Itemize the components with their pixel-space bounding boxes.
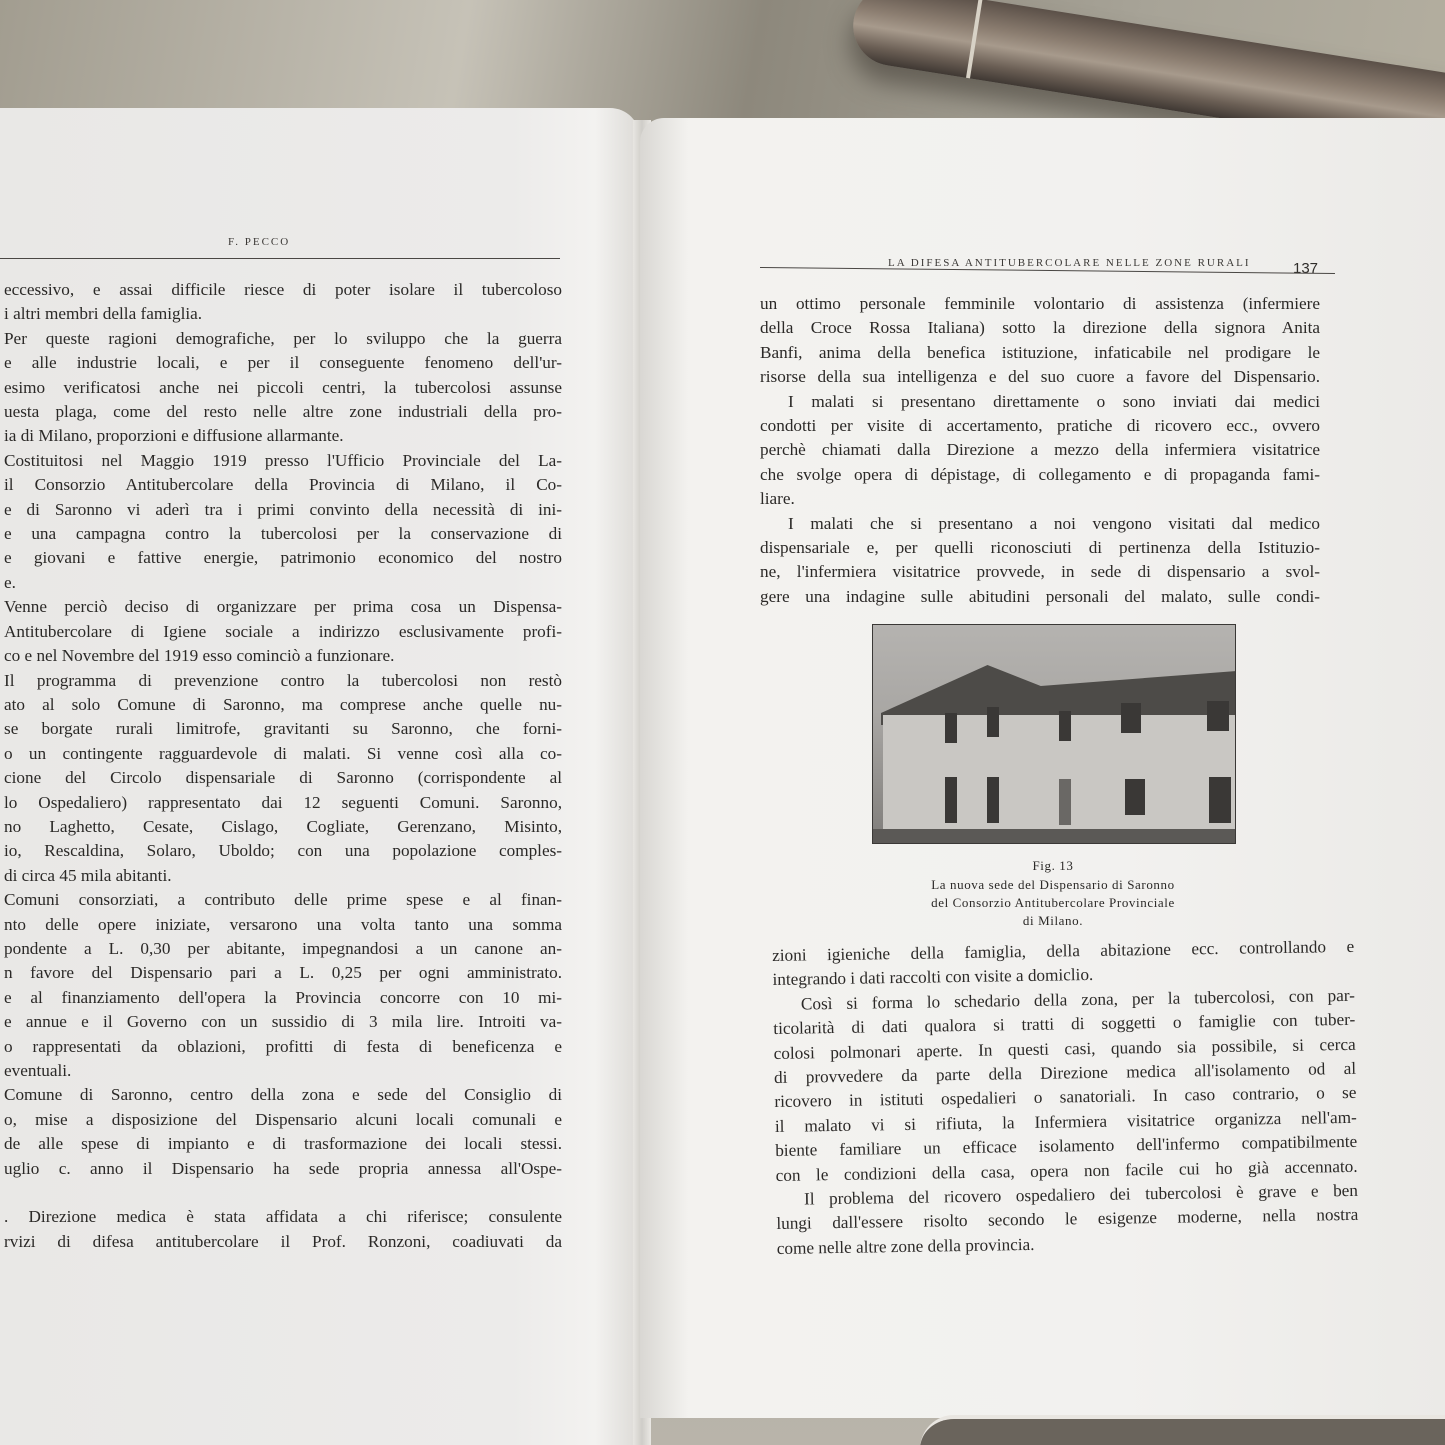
figure-caption-line: La nuova sede del Dispensario di Saronno [872,876,1234,893]
text-line: se borgate rurali limitrofe, gravitanti … [4,717,562,741]
text-line: nto delle opere iniziate, versarono una … [4,913,562,937]
text-line: e annue e il Governo con un sussidio di … [4,1010,562,1034]
text-line: de alle spese di impianto e di trasforma… [4,1132,562,1156]
metal-ring [966,0,982,78]
text-line: che svolge opera di dépistage, di colleg… [760,463,1320,487]
text-line: ne, l'infermiera visitatrice provvede, i… [760,560,1320,584]
text-line: co e nel Novembre del 1919 esso cominciò… [4,644,562,668]
text-line: esimo verificatosi anche nei piccoli cen… [4,376,562,400]
text-line: no Laghetto, Cesate, Cislago, Cogliate, … [4,815,562,839]
left-running-head: F. PECCO [228,236,290,248]
photo-window [1125,779,1145,815]
text-line: n favore del Dispensario pari a L. 0,25 … [4,961,562,985]
photo-window [945,713,957,743]
text-line: ia di Milano, proporzioni e diffusione a… [4,424,562,448]
text-line: io, Rescaldina, Solaro, Uboldo; con una … [4,839,562,863]
text-line: Venne perciò deciso di organizzare per p… [4,595,562,619]
text-line: e alle industrie locali, e per il conseg… [4,351,562,375]
text-line: eventuali. [4,1059,562,1083]
left-body-text: eccessivo, e assai difficile riesce di p… [4,278,562,1254]
right-body-text-bottom: zioni igieniche della famiglia, della ab… [772,935,1359,1261]
text-line: il Consorzio Antitubercolare della Provi… [4,473,562,497]
photo-window [1121,703,1141,733]
text-line: risorse della sua intelligenza e del suo… [760,365,1320,389]
text-line: e di Saronno vi aderì tra i primi convin… [4,498,562,522]
right-body-text-top: un ottimo personale femminile volontario… [760,292,1320,609]
photo-door [1059,779,1071,825]
right-running-head: LA DIFESA ANTITUBERCOLARE NELLE ZONE RUR… [888,257,1251,269]
text-line: cione del Circolo dispensariale di Saron… [4,766,562,790]
text-line: Il programma di prevenzione contro la tu… [4,669,562,693]
text-line: un ottimo personale femminile volontario… [760,292,1320,316]
text-line [4,1181,562,1205]
text-line: o rappresentati da oblazioni, profitti d… [4,1035,562,1059]
text-line: della Croce Rossa Italiana) sotto la dir… [760,316,1320,340]
text-line: Comuni consorziati, a contributo delle p… [4,888,562,912]
text-line: e al finanziamento dell'opera la Provinc… [4,986,562,1010]
text-line: . Direzione medica è stata affidata a ch… [4,1205,562,1229]
text-line: rvizi di difesa antitubercolare il Prof.… [4,1230,562,1254]
photo-ground [873,829,1235,843]
photo-window [1059,711,1071,741]
left-header-rule [0,258,560,259]
text-line: Costituitosi nel Maggio 1919 presso l'Uf… [4,449,562,473]
photo-door [945,777,957,823]
text-line: o un contingente ragguardevole di malati… [4,742,562,766]
text-line: o, mise a disposizione del Dispensario a… [4,1108,562,1132]
text-line: gere una indagine sulle abitudini person… [760,585,1320,609]
text-line: pondente a L. 0,30 per abitante, impegna… [4,937,562,961]
text-line: I malati che si presentano a noi vengono… [760,512,1320,536]
text-line: uesta plaga, come del resto nelle altre … [4,400,562,424]
text-line: perchè chiamati dalla Direzione a mezzo … [760,438,1320,462]
text-line: e. [4,571,562,595]
text-line: Banfi, anima della benefica istituzione,… [760,341,1320,365]
photo-door [987,777,999,823]
text-line: lo Ospedaliero) rappresentato dai 12 seg… [4,791,562,815]
worn-page-edge [920,1415,1445,1445]
text-line: eccessivo, e assai difficile riesce di p… [4,278,562,302]
text-line: dispensariale e, per quelli riconosciuti… [760,536,1320,560]
text-line: Per queste ragioni demografiche, per lo … [4,327,562,351]
text-line: I malati si presentano direttamente o so… [760,390,1320,414]
text-line: e una campagna contro la tubercolosi per… [4,522,562,546]
text-line: liare. [760,487,1320,511]
figure-caption-line: del Consorzio Antitubercolare Provincial… [872,894,1234,911]
figure-label: Fig. 13 [872,857,1234,874]
text-line: i altri membri della famiglia. [4,302,562,326]
text-line: di circa 45 mila abitanti. [4,864,562,888]
building-photograph [872,624,1236,844]
page-number: 137 [1293,260,1318,277]
text-line: uglio c. anno il Dispensario ha sede pro… [4,1157,562,1181]
text-line: Antitubercolare di Igiene sociale a indi… [4,620,562,644]
text-line: condotti per visite di accertamento, pra… [760,414,1320,438]
text-line: ato al solo Comune di Saronno, ma compre… [4,693,562,717]
figure-caption-line: di Milano. [872,912,1234,929]
photo-door [1209,777,1231,823]
photo-window [987,707,999,737]
text-line: Comune di Saronno, centro della zona e s… [4,1083,562,1107]
text-line: e giovani e fattive energie, patrimonio … [4,546,562,570]
photo-window [1207,701,1229,731]
